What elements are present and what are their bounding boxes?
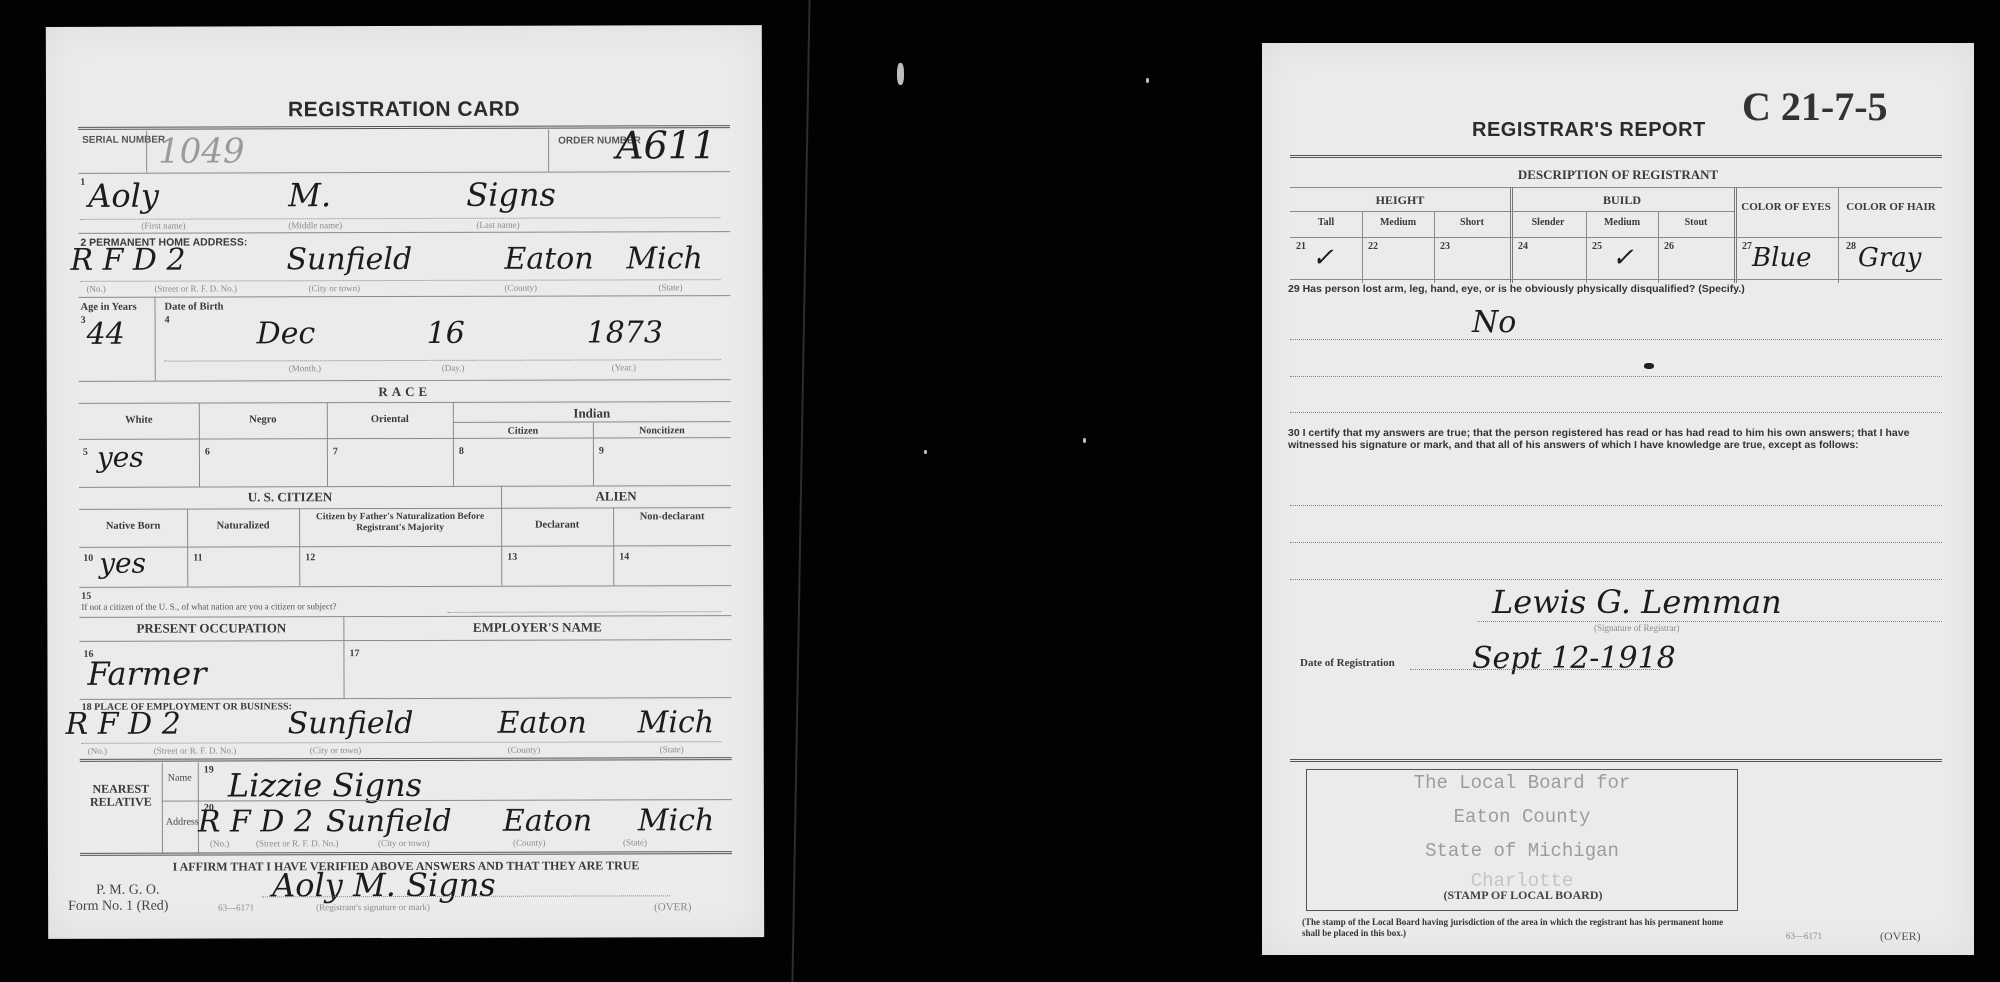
field-number: 4 [165, 315, 170, 326]
native-born-value: yes [99, 547, 146, 580]
divider [79, 615, 731, 618]
film-speck [1083, 438, 1086, 443]
address-state-label: (State) [660, 744, 684, 754]
eyes-value: Blue [1752, 243, 1812, 273]
field-number: 27 [1742, 241, 1752, 252]
divider [1290, 759, 1942, 762]
divider [1290, 505, 1942, 506]
local-board-stamp-box: The Local Board for Eaton County State o… [1306, 769, 1738, 911]
address-no-label: (No.) [86, 284, 105, 294]
hair-heading: COLOR OF HAIR [1840, 201, 1942, 214]
divider [1477, 621, 1942, 622]
employer-label: EMPLOYER'S NAME [343, 619, 731, 636]
field-number: 9 [599, 445, 604, 456]
field-number: 5 [83, 447, 88, 458]
citizen-col-native-born: Native Born [79, 521, 187, 532]
print-code: 63—6171 [218, 902, 254, 912]
employment-place-no: R F D 2 [66, 707, 181, 742]
field-number: 1 [80, 177, 85, 188]
citizen-col-naturalized: Naturalized [187, 520, 299, 531]
height-col-medium: Medium [1362, 217, 1434, 228]
divider [1290, 542, 1942, 543]
signature-label: (Registrant's signature or mark) [316, 902, 430, 912]
relative-address-city: Sunfield [326, 804, 452, 839]
address-city-label: (City or town) [308, 283, 360, 293]
divider [162, 763, 163, 853]
divider [165, 359, 721, 361]
file-code-stamp: C 21-7-5 [1742, 83, 1888, 130]
race-col-white: White [79, 415, 199, 426]
ink-blot [1644, 363, 1654, 369]
registrar-signature-label: (Signature of Registrar) [1594, 623, 1679, 633]
report-title: REGISTRAR'S REPORT [1472, 119, 1706, 142]
employment-place-state: Mich [638, 705, 715, 740]
serial-number-label: SERIAL NUMBER [82, 135, 142, 146]
field-number: 28 [1846, 241, 1856, 252]
dob-year-value: 1873 [587, 315, 663, 350]
height-heading: HEIGHT [1290, 193, 1510, 208]
height-tall-check: ✓ [1312, 243, 1334, 273]
registration-date-value: Sept 12-1918 [1472, 641, 1676, 676]
stamp-line-3: State of Michigan [1307, 840, 1737, 862]
form-id-line2: Form No. 1 (Red) [68, 899, 168, 915]
registrar-signature: Lewis G. Lemman [1492, 583, 1782, 621]
divider [1290, 187, 1942, 188]
race-heading: RACE [47, 383, 763, 401]
divider [79, 437, 731, 440]
divider [80, 851, 732, 856]
dob-month-label: (Month.) [289, 363, 321, 373]
dob-label: Date of Birth [165, 301, 224, 312]
field-number: 14 [619, 551, 629, 562]
address-no-label: (No.) [210, 838, 229, 848]
field-number: 22 [1368, 241, 1378, 252]
relative-address-label: Address [166, 817, 199, 828]
eyes-heading: COLOR OF EYES [1736, 201, 1836, 214]
divider [79, 545, 731, 548]
field-number: 8 [459, 446, 464, 457]
order-number-value: A611 [616, 123, 716, 167]
field-number: 15 [81, 591, 91, 602]
address-city-label: (City or town) [310, 745, 362, 755]
field-number: 24 [1518, 241, 1528, 252]
field-number: 21 [1296, 241, 1306, 252]
divider [78, 231, 730, 234]
registration-card: REGISTRATION CARD SERIAL NUMBER 1049 ORD… [46, 25, 764, 939]
build-heading: BUILD [1512, 193, 1732, 208]
address-city-label: (City or town) [378, 838, 430, 848]
over-label: (OVER) [654, 901, 691, 913]
race-col-indian-citizen: Citizen [453, 426, 593, 437]
relative-address-county: Eaton [503, 804, 592, 839]
last-name-label: (Last name) [476, 220, 519, 230]
occupation-label: PRESENT OCCUPATION [79, 620, 343, 637]
field-number: 13 [507, 552, 517, 563]
citizen-col-fathers-naturalization: Citizen by Father's Naturalization Befor… [303, 512, 497, 535]
relative-name-value: Lizzie Signs [228, 766, 422, 805]
alien-col-non-declarant: Non-declarant [627, 511, 717, 523]
race-col-negro: Negro [199, 414, 327, 425]
print-code: 63—6171 [1786, 931, 1822, 941]
middle-name-value: M. [288, 176, 331, 214]
hair-value: Gray [1858, 243, 1921, 273]
build-col-stout: Stout [1658, 217, 1734, 228]
stamp-label: (STAMP OF LOCAL BOARD) [1307, 888, 1739, 903]
field-number: 7 [333, 446, 338, 457]
divider [1290, 579, 1942, 580]
divider [162, 799, 732, 801]
race-white-value: yes [97, 441, 144, 474]
build-col-slender: Slender [1512, 217, 1584, 228]
address-street-label: (Street or R. F. D. No.) [256, 838, 339, 848]
divider [1290, 339, 1942, 340]
field-15-label: If not a citizen of the U. S., of what n… [81, 601, 336, 612]
relative-address-no: R F D 2 [198, 804, 313, 839]
divider [1290, 412, 1942, 413]
first-name-label: (First name) [141, 221, 185, 231]
registration-date-label: Date of Registration [1300, 657, 1395, 669]
relative-address-state: Mich [638, 803, 715, 838]
question-29-answer: No [1472, 305, 1516, 340]
address-street-label: (Street or R. F. D. No.) [154, 745, 237, 755]
address-state-label: (State) [623, 837, 647, 847]
divider [80, 757, 732, 762]
registrant-signature: Aoly M. Signs [272, 866, 496, 905]
divider [79, 379, 731, 382]
film-speck [897, 63, 904, 85]
dob-day-value: 16 [427, 316, 465, 351]
dob-month-value: Dec [257, 316, 316, 351]
field-number: 26 [1664, 241, 1674, 252]
home-address-city: Sunfield [286, 242, 412, 277]
film-speck [1146, 78, 1149, 83]
divider [80, 697, 732, 700]
address-county-label: (County) [513, 838, 546, 848]
film-scratch [791, 0, 810, 982]
divider [447, 611, 721, 613]
home-address-no: R F D 2 [70, 243, 185, 278]
employment-place-city: Sunfield [288, 706, 414, 741]
build-medium-check: ✓ [1612, 243, 1634, 273]
stamp-line-2: Eaton County [1307, 806, 1737, 828]
age-label: Age in Years [81, 302, 137, 313]
field-number: 6 [205, 447, 210, 458]
relative-name-label: Name [168, 773, 192, 784]
divider [1290, 279, 1942, 280]
field-number: 12 [305, 552, 315, 563]
card-title: REGISTRATION CARD [46, 97, 762, 123]
address-no-label: (No.) [88, 746, 107, 756]
race-col-oriental: Oriental [327, 414, 453, 425]
divider [80, 279, 720, 282]
divider [80, 217, 720, 220]
divider [146, 131, 147, 173]
divider [1290, 237, 1942, 238]
field-number: 3 [81, 315, 86, 326]
stamp-note: (The stamp of the Local Board having jur… [1302, 917, 1742, 939]
divider [548, 130, 549, 172]
field-number: 11 [193, 553, 202, 564]
home-address-state: Mich [626, 241, 703, 276]
alien-heading: ALIEN [501, 488, 731, 505]
divider [1838, 187, 1839, 283]
race-indian-heading: Indian [453, 405, 731, 422]
nearest-relative-label: NEAREST RELATIVE [80, 783, 162, 809]
question-30: 30 I certify that my answers are true; t… [1288, 427, 1944, 451]
home-address-county: Eaton [504, 242, 593, 277]
serial-number-value: 1049 [158, 131, 245, 171]
divider [79, 585, 731, 588]
divider [453, 421, 731, 423]
address-county-label: (County) [508, 745, 541, 755]
over-label: (OVER) [1880, 929, 1921, 944]
alien-col-declarant: Declarant [501, 519, 613, 530]
divider [1290, 211, 1734, 212]
build-col-medium: Medium [1586, 217, 1658, 228]
field-number: 17 [349, 648, 359, 659]
field-number: 19 [204, 765, 214, 776]
height-col-short: Short [1434, 217, 1510, 228]
us-citizen-heading: U. S. CITIZEN [79, 489, 501, 506]
divider [1290, 376, 1942, 377]
employment-place-county: Eaton [498, 706, 587, 741]
occupation-value: Farmer [87, 655, 206, 693]
divider [79, 401, 731, 404]
divider [79, 639, 731, 642]
last-name-value: Signs [466, 176, 556, 214]
registrars-report-card: C 21-7-5 REGISTRAR'S REPORT DESCRIPTION … [1262, 43, 1974, 955]
description-heading: DESCRIPTION OF REGISTRANT [1262, 167, 1974, 183]
field-number: 23 [1440, 241, 1450, 252]
middle-name-label: (Middle name) [288, 220, 342, 230]
order-number-label: ORDER NUMBER [558, 135, 616, 146]
divider [155, 297, 156, 381]
dob-year-label: (Year.) [612, 362, 636, 372]
question-29: 29 Has person lost arm, leg, hand, eye, … [1288, 283, 1958, 295]
age-value: 44 [87, 317, 125, 352]
race-col-indian-noncitizen: Noncitizen [593, 425, 731, 436]
divider [79, 507, 731, 510]
field-number: 10 [83, 553, 93, 564]
divider [1410, 669, 1660, 670]
divider [1290, 155, 1942, 158]
dob-day-label: (Day.) [442, 363, 465, 373]
address-county-label: (County) [504, 283, 537, 293]
height-col-tall: Tall [1290, 217, 1362, 228]
stamp-line-1: The Local Board for [1307, 772, 1737, 794]
form-id-line1: P. M. G. O. [96, 883, 159, 899]
film-speck [924, 450, 927, 454]
first-name-value: Aoly [88, 177, 159, 215]
address-street-label: (Street or R. F. D. No.) [154, 283, 237, 293]
divider [79, 295, 731, 298]
address-state-label: (State) [658, 282, 682, 292]
field-number: 25 [1592, 241, 1602, 252]
